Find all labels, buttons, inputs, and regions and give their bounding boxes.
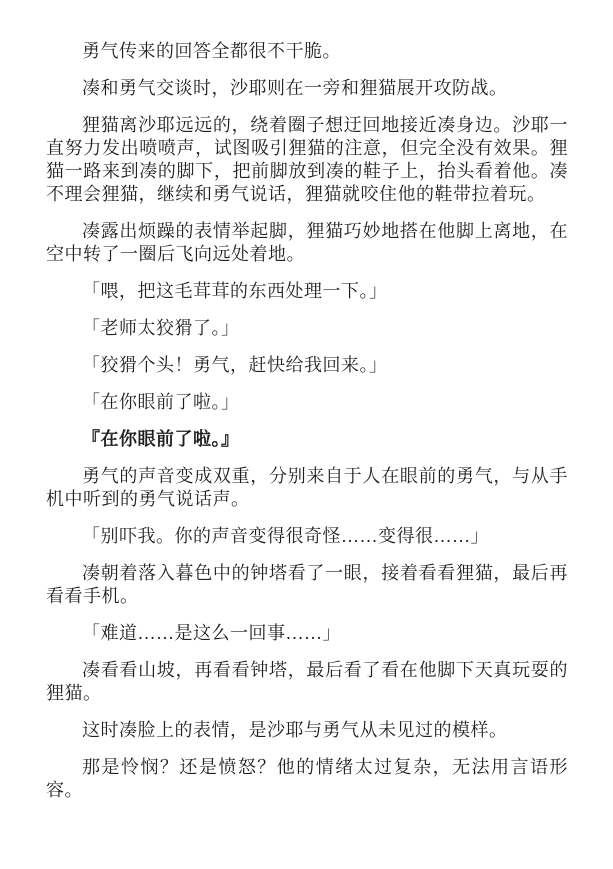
novel-page: 勇气传来的回答全都很不干脆。凑和勇气交谈时，沙耶则在一旁和狸猫展开攻防战。狸猫离…: [0, 0, 613, 869]
narration-paragraph: 这时凑脸上的表情，是沙耶与勇气从未见过的模样。: [46, 719, 568, 742]
dialogue-line: 「老师太狡猾了。」: [46, 317, 568, 340]
dialogue-line: 「在你眼前了啦。」: [46, 391, 568, 414]
narration-paragraph: 凑朝着落入暮色中的钟塔看了一眼，接着看看狸猫，最后再看看手机。: [46, 562, 568, 608]
dialogue-line: 「难道……是这么一回事……」: [46, 622, 568, 645]
narration-paragraph: 狸猫离沙耶远远的，绕着圈子想迂回地接近凑身边。沙耶一直努力发出喷喷声，试图吸引狸…: [46, 114, 568, 206]
narration-paragraph: 那是怜悯？还是愤怒？他的情绪太过复杂，无法用言语形容。: [46, 756, 568, 802]
dialogue-line: 「狡猾个头！勇气，赶快给我回来。」: [46, 354, 568, 377]
narration-paragraph: 凑露出烦躁的表情举起脚，狸猫巧妙地搭在他脚上离地，在空中转了一圈后飞向远处着地。: [46, 220, 568, 266]
dialogue-line: 「别吓我。你的声音变得很奇怪……变得很……」: [46, 525, 568, 548]
dialogue-line: 『在你眼前了啦。』: [46, 428, 568, 451]
dialogue-line: 「喂，把这毛茸茸的东西处理一下。」: [46, 280, 568, 303]
narration-paragraph: 勇气的声音变成双重，分别来自于人在眼前的勇气，与从手机中听到的勇气说话声。: [46, 465, 568, 511]
page-text: 勇气传来的回答全都很不干脆。凑和勇气交谈时，沙耶则在一旁和狸猫展开攻防战。狸猫离…: [46, 40, 568, 802]
narration-paragraph: 勇气传来的回答全都很不干脆。: [46, 40, 568, 63]
narration-paragraph: 凑和勇气交谈时，沙耶则在一旁和狸猫展开攻防战。: [46, 77, 568, 100]
narration-paragraph: 凑看看山坡，再看看钟塔，最后看了看在他脚下天真玩耍的狸猫。: [46, 659, 568, 705]
